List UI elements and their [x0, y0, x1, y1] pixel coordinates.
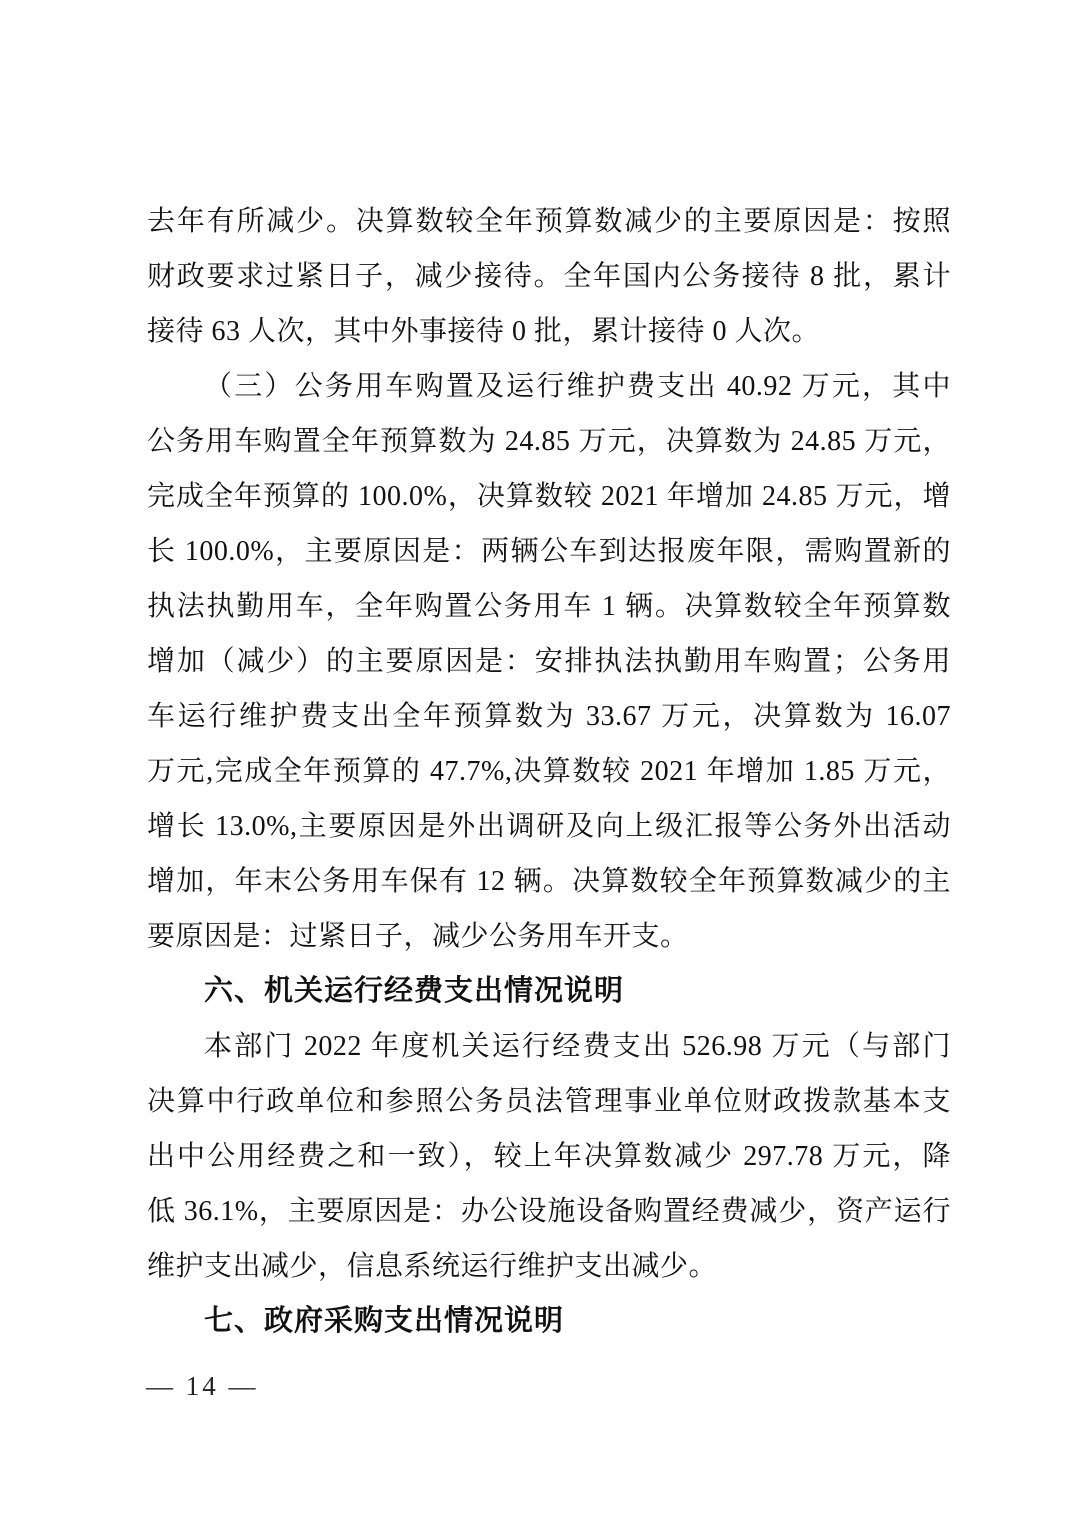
text-line: 增加，年末公务用车保有 12 辆。决算数较全年预算数减少的主: [147, 854, 951, 909]
document-page: 去年有所减少。决算数较全年预算数减少的主要原因是：按照财政要求过紧日子，减少接待…: [0, 0, 1074, 1520]
text-line: 增长 13.0%,主要原因是外出调研及向上级汇报等公务外出活动: [147, 799, 951, 854]
text-line: 维护支出减少，信息系统运行维护支出减少。: [147, 1239, 951, 1294]
paragraph: 本部门 2022 年度机关运行经费支出 526.98 万元（与部门决算中行政单位…: [147, 1019, 951, 1294]
text-line: 长 100.0%，主要原因是：两辆公车到达报废年限，需购置新的: [147, 524, 951, 579]
text-line: 车运行维护费支出全年预算数为 33.67 万元，决算数为 16.07: [147, 689, 951, 744]
text-line: 接待 63 人次，其中外事接待 0 批，累计接待 0 人次。: [147, 304, 951, 359]
text-line: 本部门 2022 年度机关运行经费支出 526.98 万元（与部门: [147, 1019, 951, 1074]
text-line: 决算中行政单位和参照公务员法管理事业单位财政拨款基本支: [147, 1074, 951, 1129]
text-line: 去年有所减少。决算数较全年预算数减少的主要原因是：按照: [147, 194, 951, 249]
text-line: 公务用车购置全年预算数为 24.85 万元，决算数为 24.85 万元，: [147, 414, 951, 469]
paragraph: 去年有所减少。决算数较全年预算数减少的主要原因是：按照财政要求过紧日子，减少接待…: [147, 194, 951, 359]
text-line: 财政要求过紧日子，减少接待。全年国内公务接待 8 批，累计: [147, 249, 951, 304]
heading-line: 七、政府采购支出情况说明: [147, 1294, 951, 1349]
text-line: 完成全年预算的 100.0%，决算数较 2021 年增加 24.85 万元，增: [147, 469, 951, 524]
text-line: （三）公务用车购置及运行维护费支出 40.92 万元，其中: [147, 359, 951, 414]
page-number: — 14 —: [146, 1371, 259, 1401]
page-footer: — 14 —: [146, 1366, 259, 1406]
text-line: 出中公用经费之和一致），较上年决算数减少 297.78 万元，降: [147, 1129, 951, 1184]
text-line: 低 36.1%，主要原因是：办公设施设备购置经费减少，资产运行: [147, 1184, 951, 1239]
text-line: 执法执勤用车，全年购置公务用车 1 辆。决算数较全年预算数: [147, 579, 951, 634]
text-line: 增加（减少）的主要原因是：安排执法执勤用车购置；公务用: [147, 634, 951, 689]
section-heading: 七、政府采购支出情况说明: [147, 1294, 951, 1349]
section-heading: 六、机关运行经费支出情况说明: [147, 964, 951, 1019]
paragraph: （三）公务用车购置及运行维护费支出 40.92 万元，其中公务用车购置全年预算数…: [147, 359, 951, 964]
text-line: 万元,完成全年预算的 47.7%,决算数较 2021 年增加 1.85 万元，: [147, 744, 951, 799]
document-body: 去年有所减少。决算数较全年预算数减少的主要原因是：按照财政要求过紧日子，减少接待…: [147, 194, 951, 1349]
text-line: 要原因是：过紧日子，减少公务用车开支。: [147, 909, 951, 964]
heading-line: 六、机关运行经费支出情况说明: [147, 964, 951, 1019]
